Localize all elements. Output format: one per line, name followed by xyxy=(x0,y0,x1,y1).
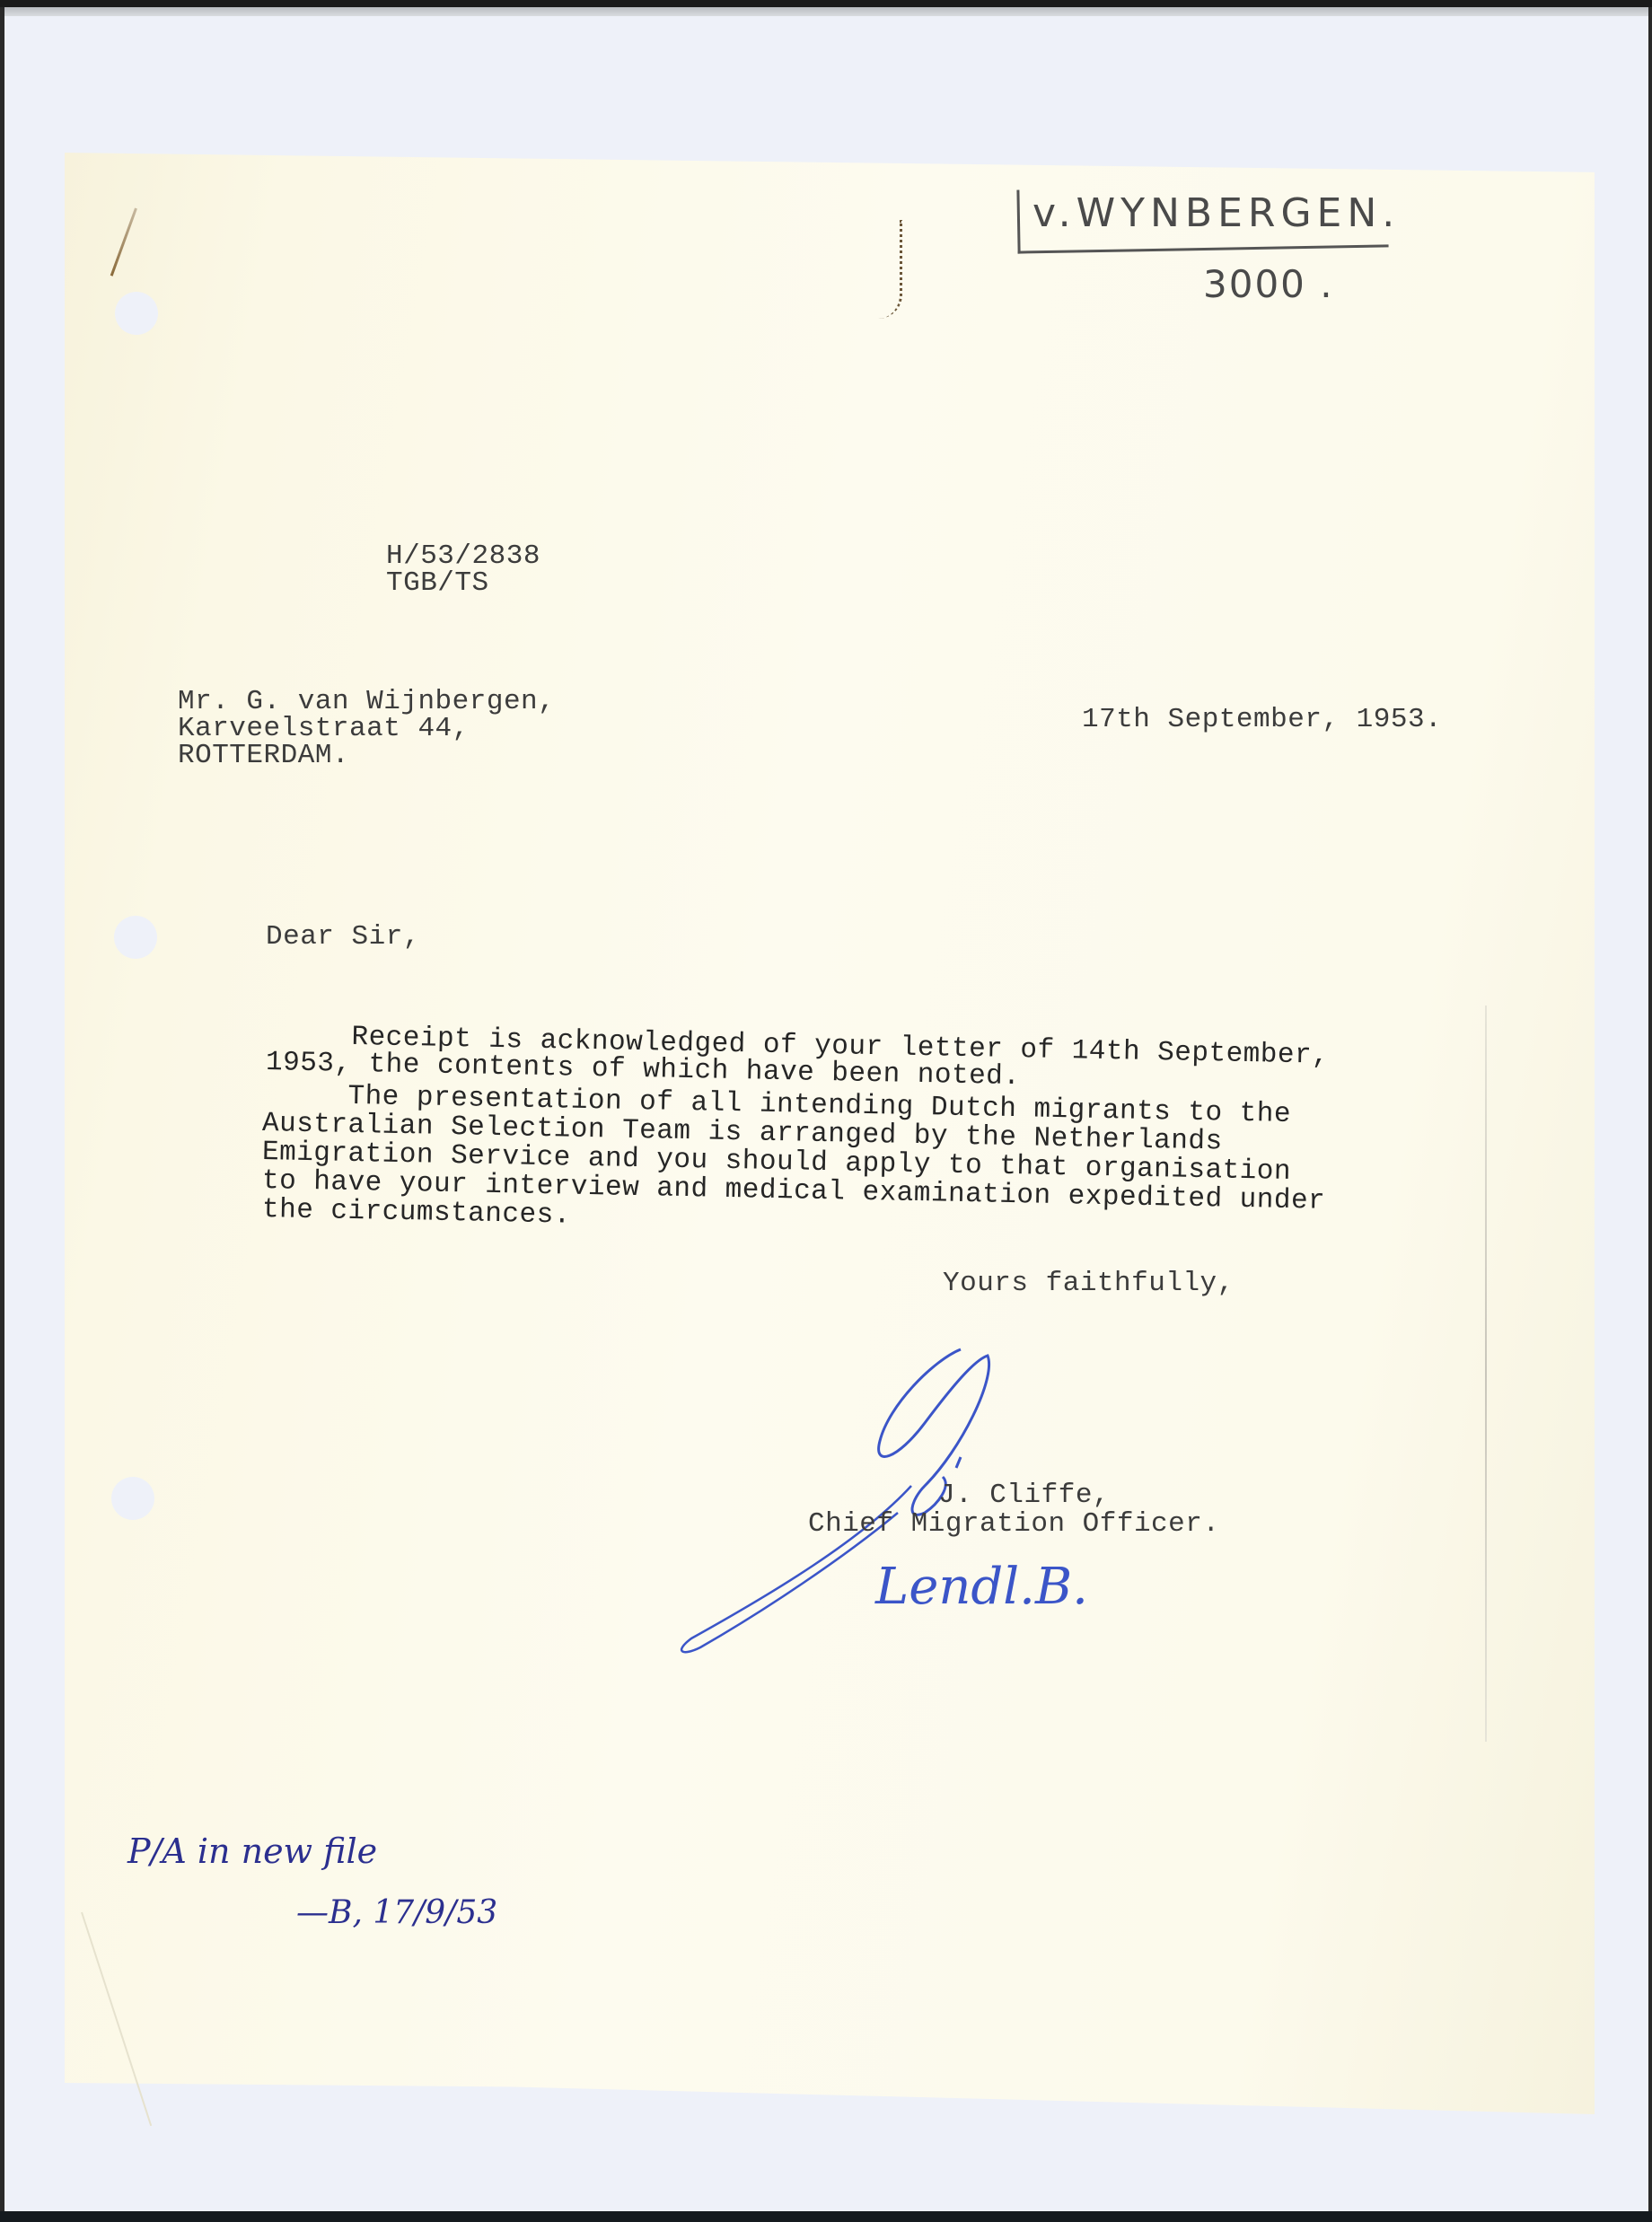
pencil-number-annotation: 3000 . xyxy=(1203,262,1334,306)
scanner-top-edge xyxy=(0,0,1652,7)
staple-rust-mark xyxy=(878,220,902,319)
signatory-name: J. Cliffe, xyxy=(938,1481,1110,1510)
handwritten-initials: Lendl.B. xyxy=(875,1558,1088,1616)
punch-hole-bottom xyxy=(111,1477,154,1520)
punch-hole-top xyxy=(115,292,158,335)
recipient-city: ROTTERDAM. xyxy=(178,742,349,770)
salutation: Dear Sir, xyxy=(266,923,420,952)
pencil-surname-annotation: v.WYNBERGEN. xyxy=(1032,190,1400,236)
scanner-right-edge xyxy=(1648,7,1652,2216)
paper-crease xyxy=(1485,1006,1487,1742)
handwritten-note-initials-date: —B, 17/9/53 xyxy=(296,1894,497,1931)
signatory-title: Chief Migration Officer. xyxy=(808,1510,1219,1539)
scanner-left-edge xyxy=(0,7,4,2216)
letter-date: 17th September, 1953. xyxy=(1082,706,1442,734)
punch-hole-middle xyxy=(114,916,157,959)
scanner-bottom-edge xyxy=(0,2211,1652,2222)
scanner-rail xyxy=(0,7,1652,16)
body-line-7: the circumstances. xyxy=(262,1196,571,1231)
handwritten-file-note: P/A in new file xyxy=(127,1831,377,1871)
closing: Yours faithfully, xyxy=(943,1269,1235,1298)
typist-initials: TGB/TS xyxy=(386,569,489,598)
